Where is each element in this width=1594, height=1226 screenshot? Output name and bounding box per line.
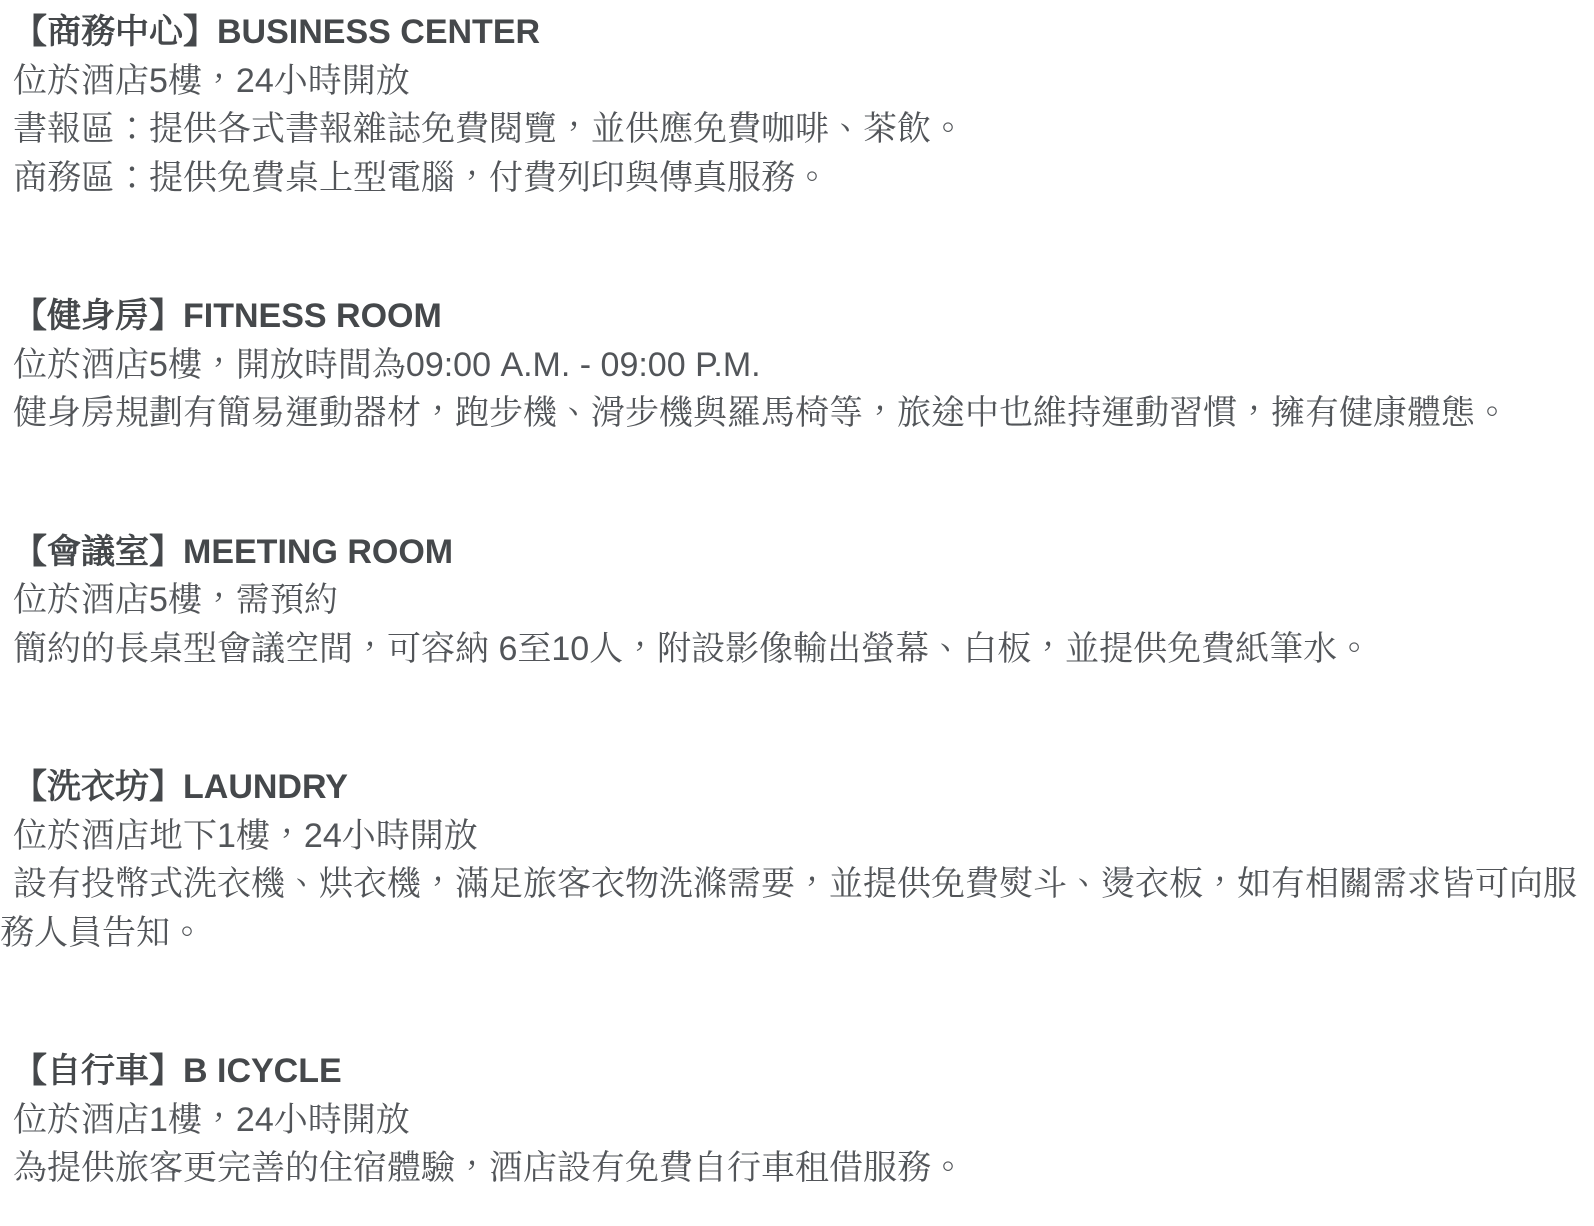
facility-section-business-center: 【商務中心】BUSINESS CENTER 位於酒店5樓，24小時開放 書報區：… xyxy=(0,8,1594,202)
section-line: 位於酒店5樓，開放時間為09:00 A.M. - 09:00 P.M. xyxy=(0,341,1594,390)
section-line: 位於酒店5樓，需預約 xyxy=(0,576,1594,625)
section-line: 位於酒店1樓，24小時開放 xyxy=(0,1096,1594,1145)
facility-section-laundry: 【洗衣坊】LAUNDRY 位於酒店地下1樓，24小時開放 設有投幣式洗衣機、烘衣… xyxy=(0,763,1594,957)
facility-section-meeting-room: 【會議室】MEETING ROOM 位於酒店5樓，需預約 簡約的長桌型會議空間，… xyxy=(0,528,1594,674)
section-line: 簡約的長桌型會議空間，可容納 6至10人，附設影像輸出螢幕、白板，並提供免費紙筆… xyxy=(0,625,1594,674)
facility-section-fitness-room: 【健身房】FITNESS ROOM 位於酒店5樓，開放時間為09:00 A.M.… xyxy=(0,292,1594,438)
section-line: 健身房規劃有簡易運動器材，跑步機、滑步機與羅馬椅等，旅途中也維持運動習慣，擁有健… xyxy=(0,389,1594,438)
facility-section-bicycle: 【自行車】B ICYCLE 位於酒店1樓，24小時開放 為提供旅客更完善的住宿體… xyxy=(0,1047,1594,1193)
section-title: 【會議室】MEETING ROOM xyxy=(0,528,1594,577)
section-title: 【商務中心】BUSINESS CENTER xyxy=(0,8,1594,57)
section-line: 位於酒店地下1樓，24小時開放 xyxy=(0,812,1594,861)
section-line: 商務區：提供免費桌上型電腦，付費列印與傳真服務。 xyxy=(0,154,1594,203)
section-title: 【健身房】FITNESS ROOM xyxy=(0,292,1594,341)
hotel-facilities-document: 【商務中心】BUSINESS CENTER 位於酒店5樓，24小時開放 書報區：… xyxy=(0,0,1594,1213)
section-title: 【洗衣坊】LAUNDRY xyxy=(0,763,1594,812)
section-line: 為提供旅客更完善的住宿體驗，酒店設有免費自行車租借服務。 xyxy=(0,1144,1594,1193)
section-line: 書報區：提供各式書報雜誌免費閱覽，並供應免費咖啡、茶飲。 xyxy=(0,105,1594,154)
section-line: 位於酒店5樓，24小時開放 xyxy=(0,57,1594,106)
section-title: 【自行車】B ICYCLE xyxy=(0,1047,1594,1096)
section-line: 設有投幣式洗衣機、烘衣機，滿足旅客衣物洗滌需要，並提供免費熨斗、燙衣板，如有相關… xyxy=(0,860,1594,957)
